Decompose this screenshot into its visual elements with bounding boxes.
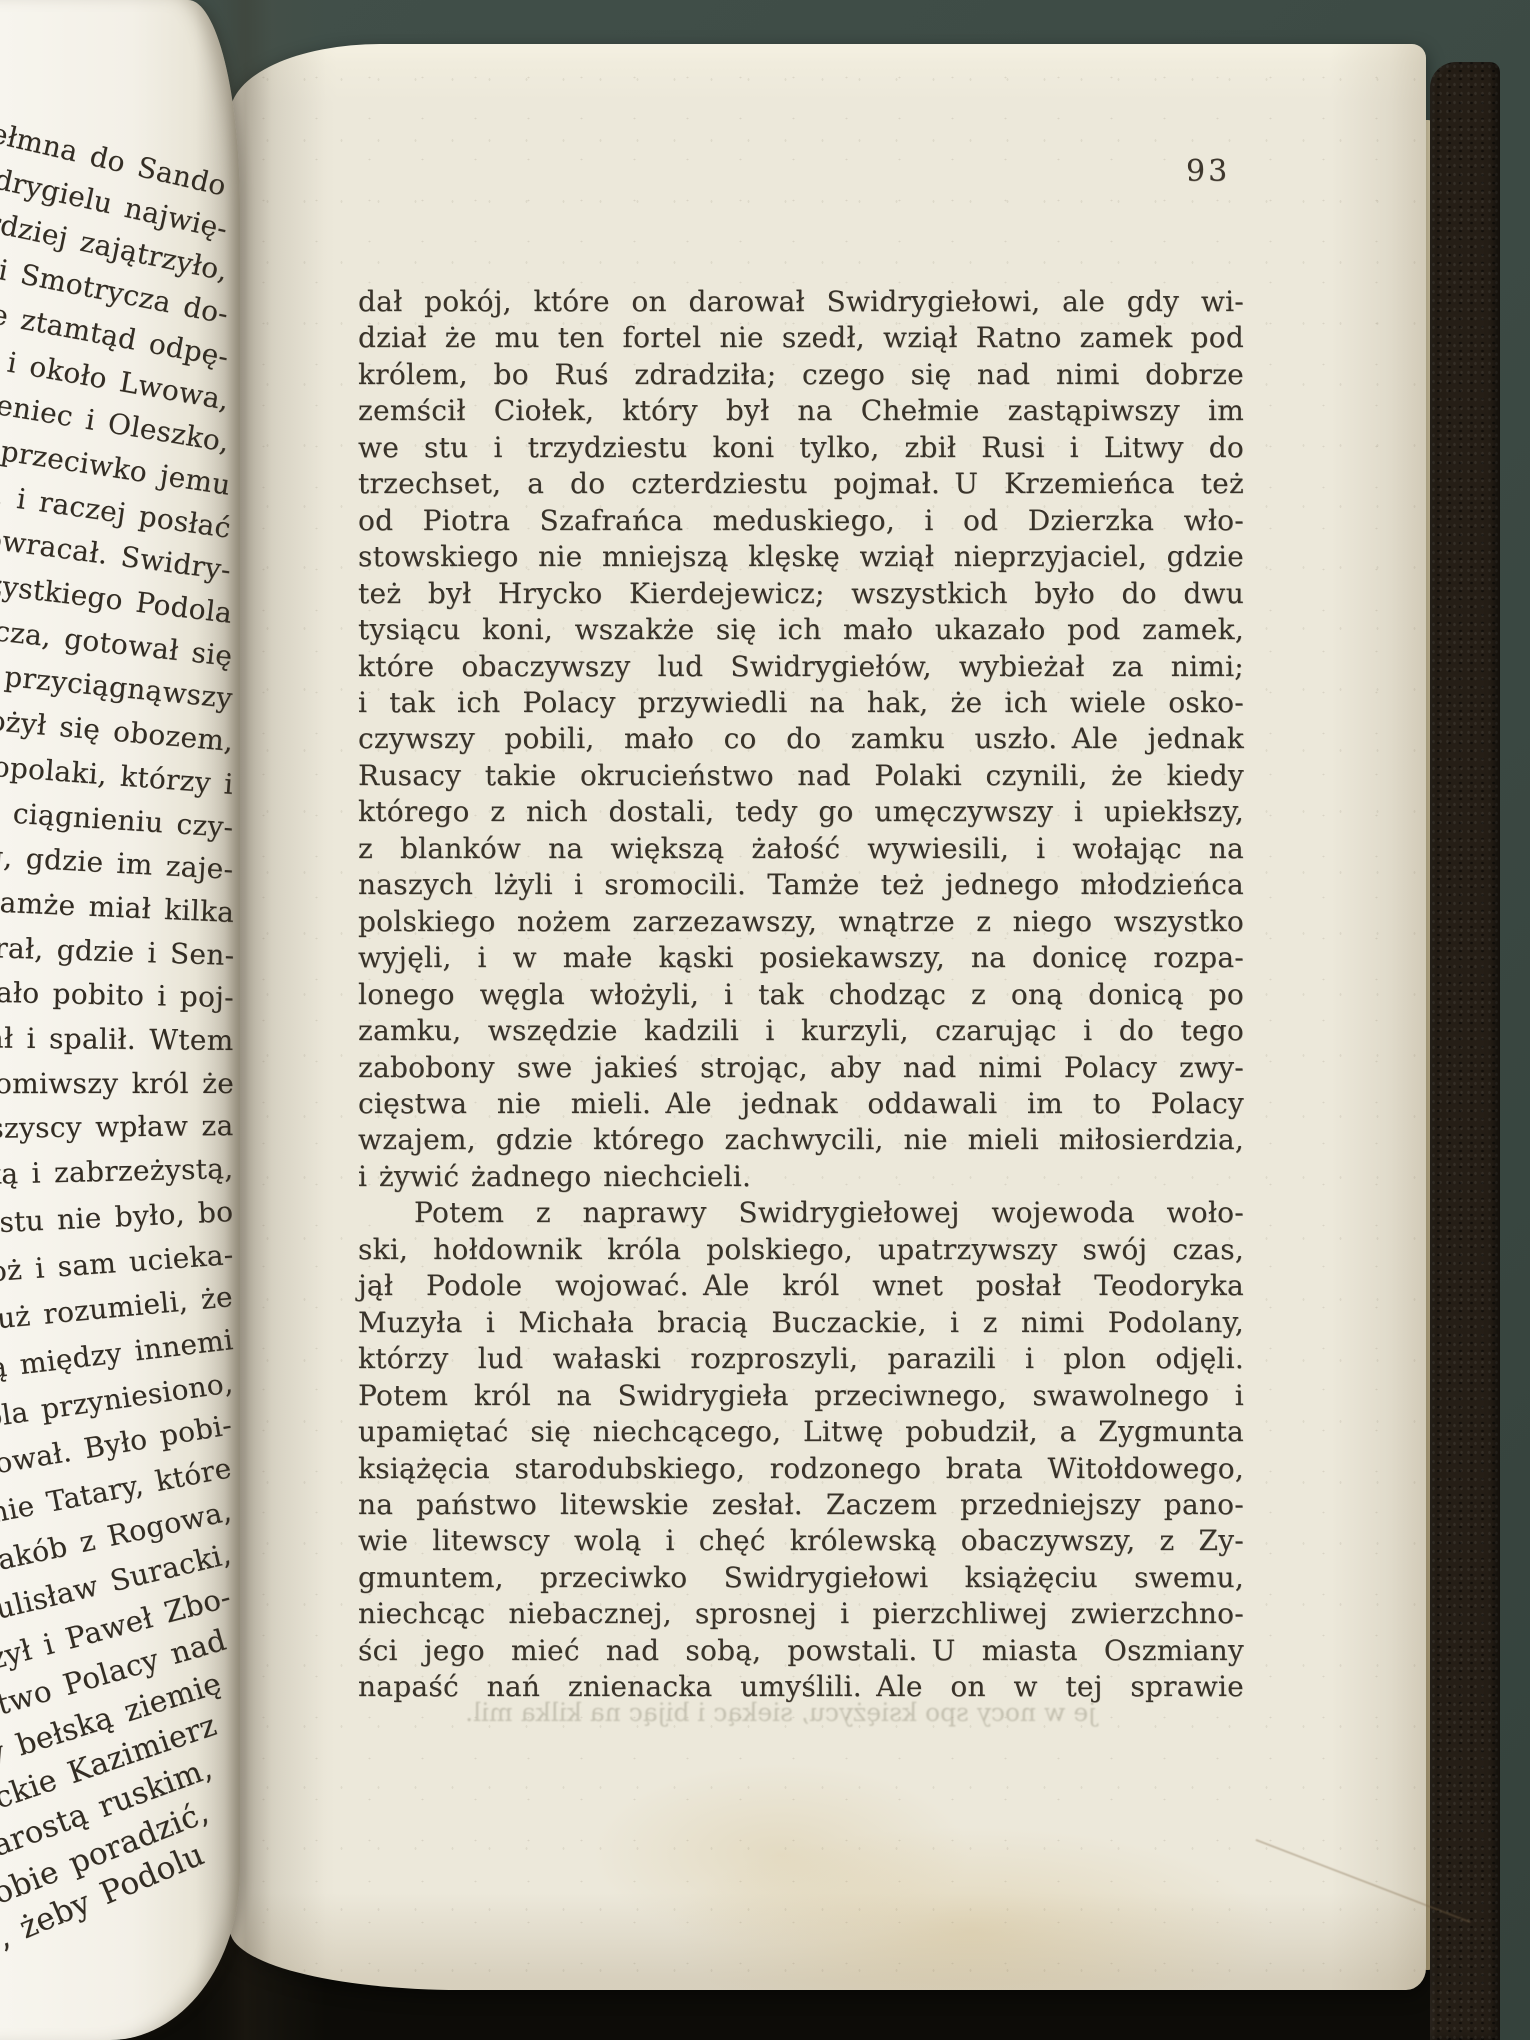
text-line: lonego węgla włożyli, i tak chodząc z on… — [358, 977, 1244, 1013]
text-line: którego z nich dostali, tedy go umęczyws… — [358, 794, 1244, 830]
text-line: na państwo litewskie zesłał. Zaczem prze… — [358, 1487, 1244, 1523]
left-page-line: ał i spalił. Wtem — [0, 1021, 234, 1057]
text-line: we stu i trzydziestu koni tylko, zbił Ru… — [358, 430, 1244, 466]
text-line: cięstwa nie mieli. Ale jednak oddawali i… — [358, 1086, 1244, 1122]
left-page-curl: hełmna do Sandowidrygielu najwię-bardzie… — [0, 0, 240, 2040]
text-line: jął Podole wojować. Ale król wnet posłał… — [358, 1268, 1244, 1304]
text-line: tysiącu koni, wszakże się ich mało ukaza… — [358, 612, 1244, 648]
left-page-line: kopolaki, którzy i — [0, 748, 234, 800]
left-page-line: wszyscy wpław za — [0, 1109, 234, 1145]
text-line: gmuntem, przeciwko Swidrygiełowi książęc… — [358, 1560, 1244, 1596]
left-page-line: ożył się obozem, — [0, 704, 234, 758]
left-page-line: tamże miał kilka — [0, 885, 235, 929]
book-cover-edge — [1430, 62, 1500, 2040]
text-line: zamku, wszędzie kadzili i kurzyli, czaru… — [358, 1013, 1244, 1049]
text-line: naszych lżyli i sromocili. Tamże też jed… — [358, 867, 1244, 903]
show-through-text: je w nocy spo księżycu, siekąc i bijąc n… — [372, 1698, 1096, 1727]
text-line: wzajem, gdzie którego zachwycili, nie mi… — [358, 1122, 1244, 1158]
text-line: Muzyła i Michała bracią Buczackie, i z n… — [358, 1305, 1244, 1341]
text-line: dział że mu ten fortel nie szedł, wziął … — [358, 320, 1244, 356]
text-line: którzy lud wałaski rozproszyli, parazili… — [358, 1341, 1244, 1377]
text-line: królem, bo Ruś zdradziła; czego się nad … — [358, 357, 1244, 393]
text-line: ski, hołdownik króla polskiego, upatrzyw… — [358, 1232, 1244, 1268]
text-line: niechcąc niebacznej, sprosnej i pierzchl… — [358, 1596, 1244, 1632]
text-line: też był Hrycko Kierdejewicz; wszystkich … — [358, 576, 1244, 612]
text-line: wyjęli, i w małe kąski posiekawszy, na d… — [358, 940, 1244, 976]
text-line: i żywić żadnego niechcieli. — [358, 1159, 1244, 1195]
left-page-line: koż i sam ucieka- — [0, 1238, 234, 1289]
left-page-line: ką i zabrzeżystą, — [0, 1152, 234, 1191]
main-text-block: dał pokój, które on darował Swidrygiełow… — [358, 284, 1244, 1706]
left-page-line: g, gdzie im zaje- — [0, 840, 235, 886]
text-line: które obaczywszy lud Swidrygiełów, wybie… — [358, 649, 1244, 685]
text-line: czywszy pobili, mało co do zamku uszło. … — [358, 721, 1244, 757]
text-line: polskiego nożem zarzezawszy, wnątrze z n… — [358, 904, 1244, 940]
left-page-line: mało pobito i poj- — [0, 976, 234, 1015]
text-line: Potem z naprawy Swidrygiełowej wojewoda … — [358, 1195, 1244, 1231]
text-line: i tak ich Polacy przywiedli na hak, że i… — [358, 685, 1244, 721]
text-line: dał pokój, które on darował Swidrygiełow… — [358, 284, 1244, 320]
text-line: Potem król na Swidrygieła przeciwnego, s… — [358, 1378, 1244, 1414]
book-photo: { "photo": { "description": "Photograph … — [0, 0, 1530, 2040]
text-line: trzechset, a do czterdziestu pojmał. U K… — [358, 466, 1244, 502]
left-page-line: omiwszy król że — [0, 1067, 234, 1100]
left-page-line: grał, gdzie i Sen- — [0, 930, 234, 971]
text-line: z blanków na większą żałość wywiesili, i… — [358, 831, 1244, 867]
text-line: wie litewscy wolą i chęć królewską obacz… — [358, 1523, 1244, 1559]
text-line: zabobony swe jakieś strojąc, aby nad nim… — [358, 1050, 1244, 1086]
text-line: ści jego mieć nad sobą, powstali. U mias… — [358, 1633, 1244, 1669]
text-line: zemścił Ciołek, który był na Chełmie zas… — [358, 393, 1244, 429]
text-line: od Piotra Szafrańca meduskiego, i od Dzi… — [358, 503, 1244, 539]
page-number: 93 — [1186, 154, 1230, 189]
left-page-line: w ciągnieniu czy- — [0, 794, 235, 844]
text-line: książęcia starodubskiego, rodzonego brat… — [358, 1451, 1244, 1487]
text-line: stowskiego nie mniejszą klęskę wziął nie… — [358, 539, 1244, 575]
text-line: upamiętać się niechcącego, Litwę pobudzi… — [358, 1414, 1244, 1450]
text-line: Rusacy takie okrucieństwo nad Polaki czy… — [358, 758, 1244, 794]
left-page-line: ostu nie było, bo — [0, 1195, 234, 1240]
